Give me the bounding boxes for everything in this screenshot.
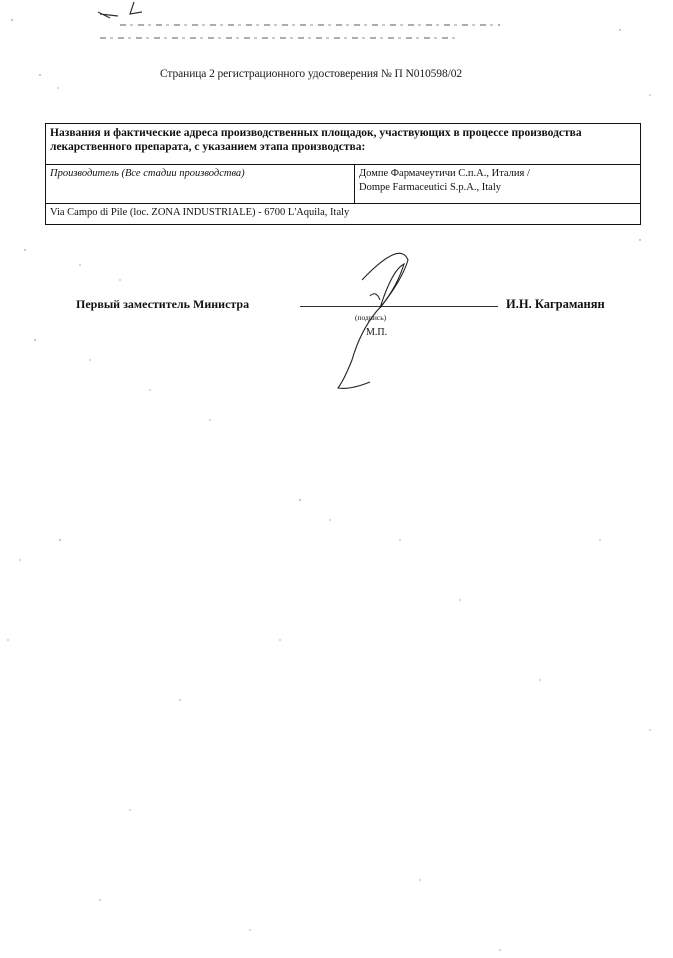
- manufacturer-name-ru: Домпе Фармачеутичи С.п.А., Италия /: [359, 167, 636, 181]
- production-sites-table: Названия и фактические адреса производст…: [45, 123, 641, 225]
- signatory-name: И.Н. Каграманян: [506, 297, 605, 312]
- site-address: Via Campo di Pile (loc. ZONA INDUSTRIALE…: [46, 204, 641, 225]
- handwritten-signature: [330, 250, 440, 400]
- manufacturer-name: Домпе Фармачеутичи С.п.А., Италия / Domp…: [355, 165, 641, 204]
- table-row: Via Campo di Pile (loc. ZONA INDUSTRIALE…: [46, 204, 641, 225]
- faded-header-line: [100, 37, 460, 39]
- table-heading: Названия и фактические адреса производст…: [46, 124, 641, 165]
- page-title: Страница 2 регистрационного удостоверени…: [160, 68, 462, 80]
- faded-header-line: [120, 24, 500, 26]
- signatory-position: Первый заместитель Министра: [76, 297, 249, 312]
- manufacturer-role: Производитель (Все стадии производства): [46, 165, 355, 204]
- manufacturer-name-en: Dompe Farmaceutici S.p.A., Italy: [359, 181, 636, 195]
- table-row: Производитель (Все стадии производства) …: [46, 165, 641, 204]
